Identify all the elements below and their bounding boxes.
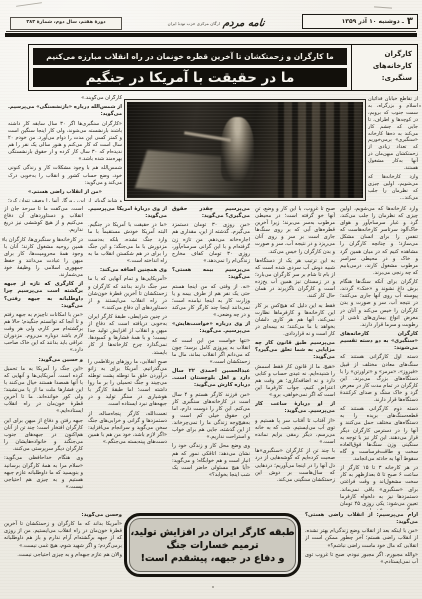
- photo-grain-overlay: [127, 102, 363, 198]
- page-number-date-box: ۳ ـ دوشنبه ۱۰ آذر ۱۳۵۹: [302, 14, 418, 29]
- banner-kicker: ما کارگران و زحمتکشان تا آخرین قطره خونم…: [33, 48, 347, 65]
- article-column-3: می‌پرسیم چقدر حقوق می‌گیری؟ می‌گوید:«من …: [172, 206, 250, 510]
- article-paragraph: از تقاطع خیابان فدائیان اسلام و بزرگراه،…: [368, 96, 418, 172]
- article-paragraph: «من از انقلاب راضی هستم.»: [8, 189, 122, 196]
- article-lead-column: از تقاطع خیابان فدائیان اسلام و بزرگراه،…: [368, 96, 418, 202]
- nameplate-title: نامه مردم: [222, 18, 265, 29]
- banner-label-line: کارگران: [355, 48, 412, 60]
- article-paragraph: «این جنگ را آمریکا به ما تحمیل کرده است.…: [4, 366, 83, 416]
- article-paragraph: با چند تن از کارگران «سنگبری»ها صحبت کرد…: [255, 448, 335, 483]
- article-photo: [124, 99, 366, 201]
- article-paragraph: کارگران می‌گویند.»: [8, 95, 122, 102]
- scan-pencil-mark: [16, 2, 42, 7]
- article-paragraph: «نه. از وقتی که من اینجا هستم حتی یک نفر…: [172, 284, 250, 319]
- slogan-box: طبقه کارگر ایران در افزایش تولید، ترمیم …: [124, 513, 301, 577]
- article-paragraph: آرام می‌پرسیم: از انقلاب راضی هستی؟ می‌گ…: [305, 512, 418, 526]
- article-paragraph: و حسین می‌گوید:: [4, 357, 83, 364]
- article-paragraph: از کارگری که تازه از جبهه برگشته است می‌…: [4, 281, 83, 309]
- article-paragraph: «تنها خواست من این است که انقلاب به پیرو…: [172, 338, 250, 366]
- article-paragraph: است. می‌گفت ما تا سرحد جان از انقلاب و د…: [4, 206, 83, 234]
- article-paragraph: صبحِ انقلابی، ما روزهای پرتلاطمی را می‌گ…: [88, 359, 167, 409]
- article-paragraph: می‌پرسیم طبق قانون کار چه مزایایی به شما…: [255, 340, 335, 361]
- article-intro-block: کارگران می‌گویند.»از شمس‌الله درباره «با…: [8, 95, 122, 202]
- banner-headline-area: ما کارگران و زحمتکشان تا آخرین قطره خونم…: [29, 45, 351, 90]
- headline-banner: کارگران کارخانه‌های سنگبری: ما کارگران و…: [28, 44, 418, 91]
- article-paragraph: و شاید گویاتر از این، روزگار آنها را وصف…: [8, 198, 122, 202]
- article-column-1: وارد کارخانه‌ها که می‌شویم، اولین چیزی ک…: [340, 206, 418, 510]
- article-paragraph: در هر کارخانه ۳ تا ۱۵ کارگر از ساعت ۶ صب…: [340, 465, 418, 510]
- article-paragraph: «من با امکانات ناچیزم به جبهه رفتم و تا …: [4, 312, 83, 355]
- article-paragraph: وی هنگام خداحافظی می‌گوید: «سلام مرا به …: [4, 455, 83, 490]
- article-paragraph: «از آفتاب تا آفتاب سر پا هستیم و توی آب …: [255, 418, 335, 446]
- article-paragraph: در کارخانه‌ها و سنگبری‌ها، کارگران با هم…: [4, 237, 83, 280]
- newspaper-nameplate: نامه مردم ارگان مرکزی حزب تودهٔ ایران: [146, 15, 286, 31]
- article-paragraph: از شمس‌الله درباره «بازنشستگی» می‌پرسیم.…: [8, 104, 122, 118]
- article-paragraph: شمس‌الله هم با وجود مشکلات کار و زندگی ک…: [8, 165, 122, 186]
- article-bottom-right-block: آرام می‌پرسیم: از انقلاب راضی هستی؟ می‌گ…: [305, 512, 418, 578]
- article-column-4: از وی دربارهٔ آمریکا می‌پرسیم. می‌گوید:«…: [88, 206, 167, 510]
- article-paragraph: وارد کارخانه‌ها که می‌شویم، اولین چیزی ک…: [340, 206, 418, 277]
- article-column-5: است. می‌گفت ما تا سرحد جان از انقلاب و د…: [4, 206, 83, 510]
- article-paragraph: «هیچ. ما از قانون کار فقط اسمش را شنیده‌…: [255, 364, 335, 399]
- article-paragraph: والان هم عازم جبهه‌ام و به چیزی احتیاجی …: [4, 552, 122, 559]
- article-paragraph: کارگران برای آنکه سنگ‌ها هنگام برش داغ ن…: [340, 279, 418, 329]
- issue-date: ـ دوشنبه ۱۰ آذر ۱۳۵۹: [342, 18, 404, 25]
- article-paragraph: دسته اول کارگرانی هستند که سنگ‌های معادن…: [340, 354, 418, 404]
- article-paragraph: وی وضع محل کار و زندگی خود را نشان می‌ده…: [172, 443, 250, 478]
- banner-source-label: کارگران کارخانه‌های سنگبری:: [351, 45, 417, 90]
- article-paragraph: «من فرزند کارگر هستم و ۴ سال است در کارخ…: [172, 392, 250, 442]
- scan-speck: [212, 586, 214, 588]
- scan-speck: [2, 238, 4, 241]
- header-rule-thin: [6, 31, 416, 32]
- article-paragraph: از او دربارهٔ ساعت کار می‌پرسیم. می‌گوید…: [255, 401, 335, 415]
- article-paragraph: نعمت‌الله، کارگر پنجاه‌ساله، از دستمزدها…: [88, 411, 167, 446]
- article-paragraph: کارگران کارخانه‌های «سنگبری» به دو دسته …: [340, 331, 418, 352]
- nameplate-subtitle: ارگان مرکزی حزب تودهٔ ایران: [168, 21, 220, 26]
- slogan-line: ترمیم خسارات جنگ: [166, 540, 258, 551]
- slogan-line: و دفاع در جبهه، پیشقدم است!: [141, 553, 285, 564]
- article-paragraph: عبدالحسین احمدی ۲۲ سال دارد و اهل بلوچست…: [172, 368, 250, 389]
- header-rule-thick: [5, 33, 417, 37]
- scan-pencil-mark: [374, 6, 392, 8]
- banner-main-headline: ما در حقیقت با آمریکا در جنگیم: [33, 68, 347, 87]
- article-paragraph: در چنین شرایطی، طبقهٔ کارگر ایران به‌خوب…: [88, 314, 167, 357]
- article-paragraph: «والله مجبورم. اگر مجبور نبودم، صبح تا غ…: [305, 552, 418, 566]
- banner-label-line: سنگبری:: [355, 72, 412, 84]
- article-paragraph: فقط به این دلیل که هیچ‌کس بر کار این کار…: [255, 303, 335, 338]
- article-paragraph: دسته دوم کارگرانی هستند که قطعه‌سنگ‌های …: [340, 406, 418, 463]
- article-paragraph: «من روزی ۳۰ تومان دستمزد می‌گیرم. گذشته …: [172, 222, 250, 265]
- article-paragraph: «ما در حقیقت با آمریکا در جنگیم. البته آ…: [88, 222, 167, 265]
- article-column-2: صبح تا غروب، با این کار و وضع، تنِ آنها …: [255, 206, 335, 510]
- article-paragraph: وی همچنین اضافه می‌کند:: [88, 267, 167, 274]
- article-paragraph: «آمریکایی‌ها و تمام آنهایی که با ما سر ج…: [88, 276, 167, 311]
- article-paragraph: «کارگران سنگبری‌ها اگر ۳۰ سال سابقه کار …: [8, 121, 122, 164]
- page-number: ۳: [407, 17, 413, 27]
- article-paragraph: «من با اینکه بعد از انقلاب وضع زندگی‌ام …: [305, 528, 418, 549]
- newspaper-page: ۳ ـ دوشنبه ۱۰ آذر ۱۳۵۹ نامه مردم ارگان م…: [0, 0, 422, 599]
- article-paragraph: از وی دربارهٔ آمریکا می‌پرسیم. می‌گوید:: [88, 206, 167, 220]
- article-paragraph: به این ترتیب هر یک از دستگاه‌ها شبیه دوش…: [255, 258, 335, 301]
- article-paragraph: می‌پرسیم چقدر حقوق می‌گیری؟ می‌گوید:: [172, 206, 250, 220]
- article-bottom-left-block: وحسن می‌گوید:«آمریکا بداند که ما کارگران…: [4, 512, 122, 578]
- slogan-line: طبقه کارگر ایران در افزایش تولید،: [130, 527, 294, 538]
- photo-image: [127, 102, 363, 198]
- issue-info: دورهٔ هفتم، سال دوم، شمارهٔ ۳۸۳: [10, 17, 122, 30]
- article-paragraph: «آمریکا بداند که ما کارگران و زحمتکشان ت…: [4, 521, 122, 549]
- article-paragraph: می‌پرسیم بیمه هستی؟ می‌گوید:: [172, 267, 250, 281]
- article-paragraph: وارد کارخانه‌ها که می‌شویم، اولین چیزی ک…: [368, 174, 418, 202]
- article-paragraph: جبهه رفتن و دفاع از میهن برای این کارگرا…: [4, 418, 83, 453]
- article-paragraph: از وی درباره «خواست‌هایش» می‌پرسیم. می‌گ…: [172, 321, 250, 335]
- article-paragraph: صبح تا غروب، با این کار و وضع، تنِ آنها …: [255, 206, 335, 256]
- scan-speck: [419, 105, 421, 107]
- banner-label-line: کارخانه‌های: [355, 60, 412, 72]
- article-paragraph: وحسن می‌گوید:: [4, 512, 122, 519]
